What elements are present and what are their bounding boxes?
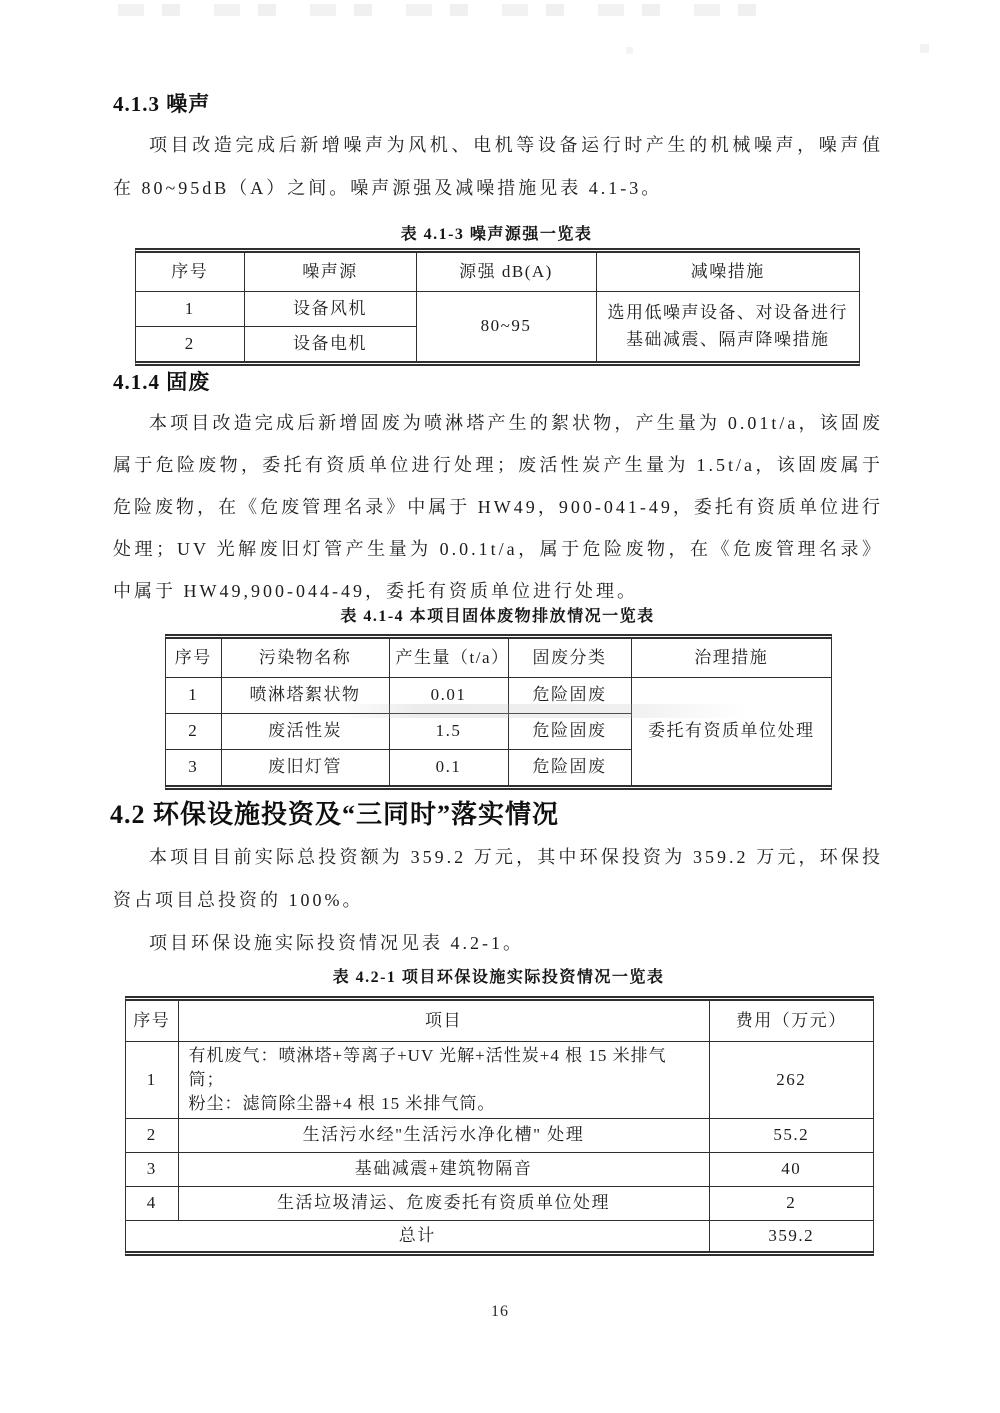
solid-waste-paragraph: 本项目改造完成后新增固废为喷淋塔产生的絮状物，产生量为 0.01t/a，该固废属… xyxy=(113,402,883,612)
scan-artifact xyxy=(118,4,766,16)
col-header-amount: 产生量（t/a） xyxy=(389,639,508,678)
page-number: 16 xyxy=(0,1303,1000,1321)
section-heading-solid-waste: 4.1.4 固废 xyxy=(113,366,210,396)
table-caption-4-1-3: 表 4.1-3 噪声源强一览表 xyxy=(135,221,858,244)
table-header-row: 序号 项目 费用（万元） xyxy=(126,1001,873,1042)
cell-seq: 3 xyxy=(126,1153,178,1187)
scan-artifact xyxy=(920,44,929,53)
col-header-cost: 费用（万元） xyxy=(709,1001,873,1042)
col-header-pollutant: 污染物名称 xyxy=(221,639,389,678)
cell-item: 基础减震+建筑物隔音 xyxy=(178,1153,709,1187)
cell-item: 生活垃圾清运、危废委托有资质单位处理 xyxy=(178,1187,709,1221)
cell-seq: 1 xyxy=(136,292,244,327)
investment-paragraph-2: 项目环保设施实际投资情况见表 4.2-1。 xyxy=(113,922,883,965)
col-header-seq: 序号 xyxy=(166,639,221,678)
col-header-seq: 序号 xyxy=(126,1001,178,1042)
table-caption-4-1-4: 表 4.1-4 本项目固体废物排放情况一览表 xyxy=(165,603,830,626)
col-header-item: 项目 xyxy=(178,1001,709,1042)
cell-total-value: 359.2 xyxy=(709,1221,873,1252)
cell-noise-source: 设备电机 xyxy=(244,327,416,362)
cell-noise-source: 设备风机 xyxy=(244,292,416,327)
col-header-noise-source: 噪声源 xyxy=(244,253,416,292)
cell-seq: 2 xyxy=(126,1119,178,1153)
investment-paragraph-1: 本项目目前实际总投资额为 359.2 万元，其中环保投资为 359.2 万元，环… xyxy=(113,836,883,922)
table-row: 3 基础减震+建筑物隔音 40 xyxy=(126,1153,873,1187)
cell-total-label: 总计 xyxy=(126,1221,709,1252)
col-header-treatment: 治理措施 xyxy=(631,639,831,678)
noise-paragraph: 项目改造完成后新增噪声为风机、电机等设备运行时产生的机械噪声，噪声值在 80~9… xyxy=(113,124,883,210)
cell-class: 危险固废 xyxy=(508,714,631,750)
col-header-seq: 序号 xyxy=(136,253,244,292)
cell-strength-merged: 80~95 xyxy=(416,292,596,362)
cell-cost: 55.2 xyxy=(709,1119,873,1153)
cell-pollutant: 废活性炭 xyxy=(221,714,389,750)
cell-seq: 1 xyxy=(166,678,221,714)
cell-measure-merged: 选用低噪声设备、对设备进行基础减震、隔声降噪措施 xyxy=(596,292,859,362)
section-heading-noise: 4.1.3 噪声 xyxy=(113,88,210,118)
investment-table: 序号 项目 费用（万元） 1 有机废气：喷淋塔+等离子+UV 光解+活性炭+4 … xyxy=(125,996,874,1256)
cell-seq: 4 xyxy=(126,1187,178,1221)
cell-item: 有机废气：喷淋塔+等离子+UV 光解+活性炭+4 根 15 米排气筒； 粉尘：滤… xyxy=(178,1042,709,1119)
col-header-strength: 源强 dB(A) xyxy=(416,253,596,292)
table-row: 1 设备风机 80~95 选用低噪声设备、对设备进行基础减震、隔声降噪措施 xyxy=(136,292,859,327)
cell-seq: 2 xyxy=(166,714,221,750)
table-row: 4 生活垃圾清运、危废委托有资质单位处理 2 xyxy=(126,1187,873,1221)
col-header-measure: 减噪措施 xyxy=(596,253,859,292)
cell-cost: 40 xyxy=(709,1153,873,1187)
cell-seq: 3 xyxy=(166,750,221,786)
cell-cost: 262 xyxy=(709,1042,873,1119)
cell-treatment-merged: 委托有资质单位处理 xyxy=(631,678,831,786)
document-page: 4.1.3 噪声 项目改造完成后新增噪声为风机、电机等设备运行时产生的机械噪声，… xyxy=(0,0,1000,1413)
table-header-row: 序号 噪声源 源强 dB(A) 减噪措施 xyxy=(136,253,859,292)
scan-artifact xyxy=(626,47,633,54)
noise-source-table: 序号 噪声源 源强 dB(A) 减噪措施 1 设备风机 80~95 选用低噪声设… xyxy=(135,248,860,366)
cell-seq: 2 xyxy=(136,327,244,362)
cell-cost: 2 xyxy=(709,1187,873,1221)
table-total-row: 总计 359.2 xyxy=(126,1221,873,1252)
table-caption-4-2-1: 表 4.2-1 项目环保设施实际投资情况一览表 xyxy=(125,964,872,987)
section-heading-investment: 4.2 环保设施投资及“三同时”落实情况 xyxy=(110,794,559,831)
cell-pollutant: 废旧灯管 xyxy=(221,750,389,786)
col-header-class: 固废分类 xyxy=(508,639,631,678)
cell-seq: 1 xyxy=(126,1042,178,1119)
table-row: 2 生活污水经"生活污水净化槽" 处理 55.2 xyxy=(126,1119,873,1153)
cell-item: 生活污水经"生活污水净化槽" 处理 xyxy=(178,1119,709,1153)
cell-class: 危险固废 xyxy=(508,750,631,786)
scan-artifact xyxy=(336,704,746,718)
cell-amount: 0.1 xyxy=(389,750,508,786)
table-header-row: 序号 污染物名称 产生量（t/a） 固废分类 治理措施 xyxy=(166,639,831,678)
table-row: 1 有机废气：喷淋塔+等离子+UV 光解+活性炭+4 根 15 米排气筒； 粉尘… xyxy=(126,1042,873,1119)
cell-amount: 1.5 xyxy=(389,714,508,750)
